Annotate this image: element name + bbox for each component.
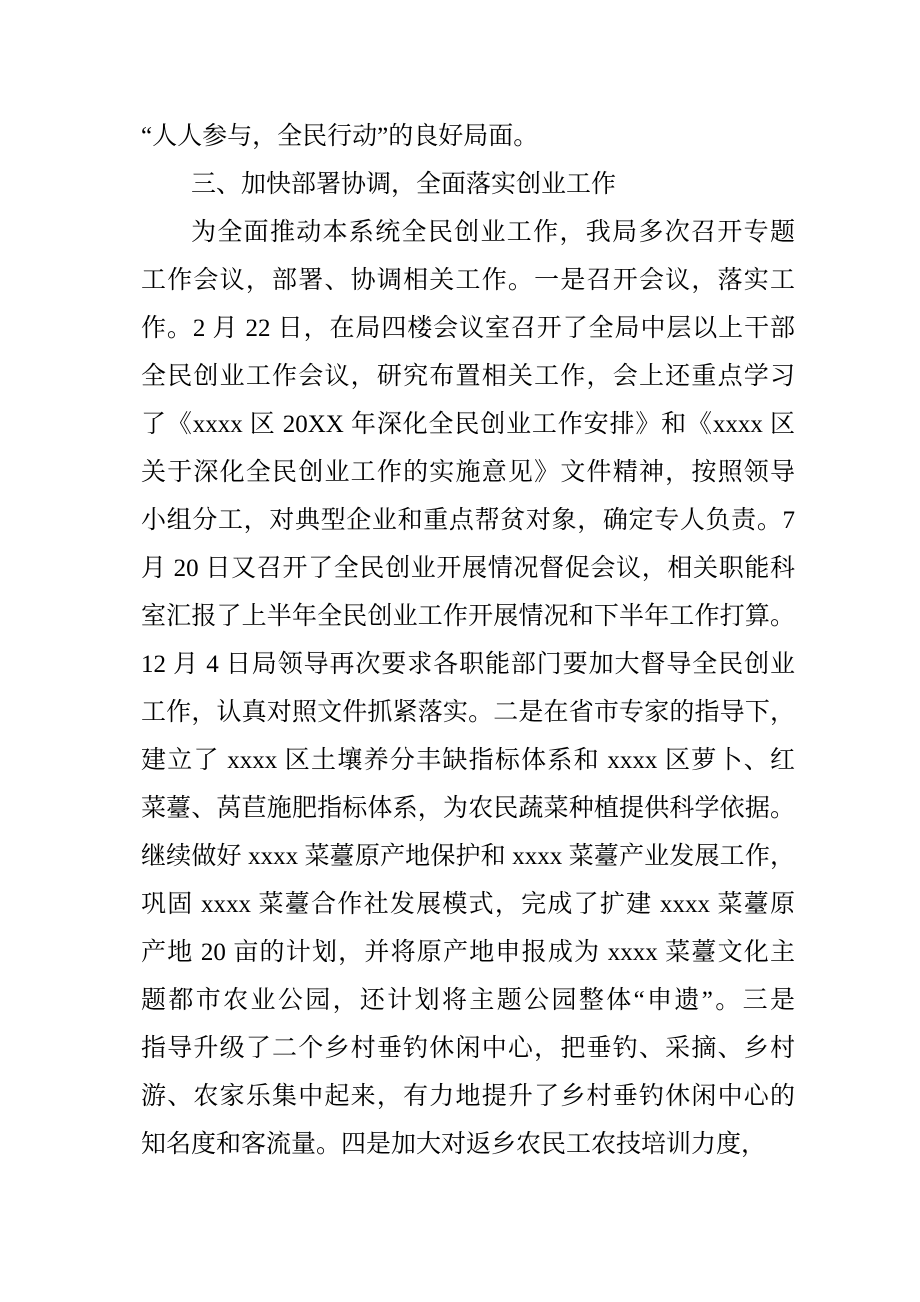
text-line: 工作，认真对照文件抓紧落实。二是在省市专家的指导下， <box>141 689 795 737</box>
text-line: 月 20 日又召开了全民创业开展情况督促会议，相关职能科 <box>141 545 795 593</box>
text-line: 全民创业工作会议，研究布置相关工作，会上还重点学习 <box>141 353 795 401</box>
text-line: 指导升级了二个乡村垂钓休闲中心，把垂钓、采摘、乡村 <box>141 1025 795 1073</box>
text-line: 作。2 月 22 日，在局四楼会议室召开了全局中层以上干部 <box>141 305 795 353</box>
text-line: 产地 20 亩的计划，并将原产地申报成为 xxxx 菜薹文化主 <box>141 929 795 977</box>
text-line: 题都市农业公园，还计划将主题公园整体“申遗”。三是 <box>141 977 795 1025</box>
paragraph-start-line: 为全面推动本系统全民创业工作，我局多次召开专题 <box>141 209 795 257</box>
text-line: 继续做好 xxxx 菜薹原产地保护和 xxxx 菜薹产业发展工作， <box>141 833 795 881</box>
text-line: 12 月 4 日局领导再次要求各职能部门要加大督导全民创业 <box>141 641 795 689</box>
text-line: 菜薹、莴苣施肥指标体系，为农民蔬菜种植提供科学依据。 <box>141 785 795 833</box>
text-line: 建立了 xxxx 区土壤养分丰缺指标体系和 xxxx 区萝卜、红 <box>141 737 795 785</box>
text-line: 了《xxxx 区 20XX 年深化全民创业工作安排》和《xxxx 区 <box>141 401 795 449</box>
text-line: 室汇报了上半年全民创业工作开展情况和下半年工作打算。 <box>141 593 795 641</box>
text-line: 知名度和客流量。四是加大对返乡农民工农技培训力度， <box>141 1121 795 1169</box>
text-line: 关于深化全民创业工作的实施意见》文件精神，按照领导 <box>141 449 795 497</box>
document-text-block: “人人参与，全民行动”的良好局面。 三、加快部署协调，全面落实创业工作 为全面推… <box>141 113 795 1169</box>
paragraph-end-line: “人人参与，全民行动”的良好局面。 <box>141 113 795 161</box>
section-heading-line: 三、加快部署协调，全面落实创业工作 <box>141 161 795 209</box>
text-line: 游、农家乐集中起来，有力地提升了乡村垂钓休闲中心的 <box>141 1073 795 1121</box>
document-page: “人人参与，全民行动”的良好局面。 三、加快部署协调，全面落实创业工作 为全面推… <box>0 0 920 1302</box>
text-line: 巩固 xxxx 菜薹合作社发展模式，完成了扩建 xxxx 菜薹原 <box>141 881 795 929</box>
text-line: 工作会议，部署、协调相关工作。一是召开会议，落实工 <box>141 257 795 305</box>
text-line: 小组分工，对典型企业和重点帮贫对象，确定专人负责。7 <box>141 497 795 545</box>
